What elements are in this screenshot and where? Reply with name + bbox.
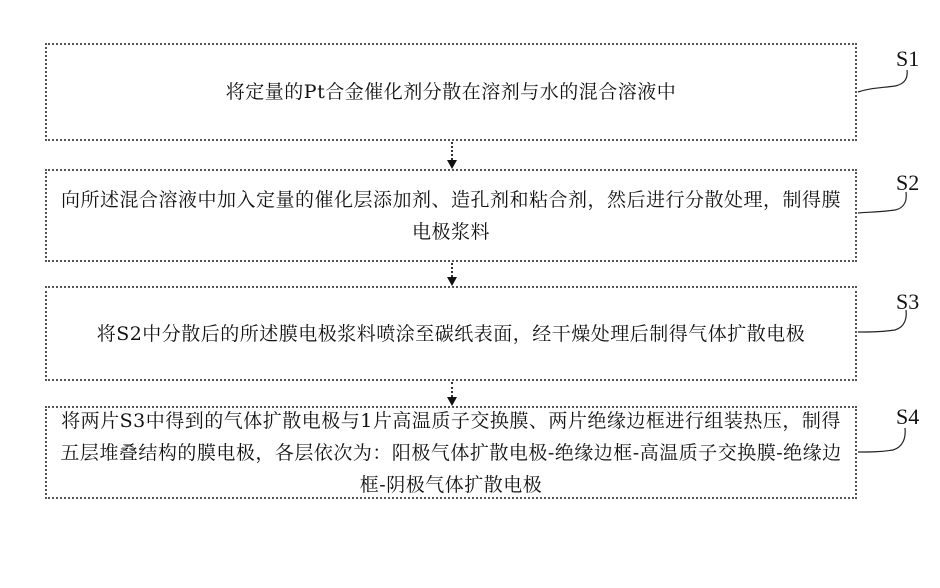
leader-line-s4: [858, 428, 905, 452]
step-box-s2: 向所述混合溶液中加入定量的催化层添加剂、造孔剂和粘合剂，然后进行分散处理，制得膜…: [45, 169, 857, 262]
step-text-s1: 将定量的Pt合金催化剂分散在溶剂与水的混合溶液中: [57, 76, 845, 108]
step-box-s1: 将定量的Pt合金催化剂分散在溶剂与水的混合溶液中: [45, 43, 857, 141]
step-label-s3: S3: [896, 289, 919, 315]
step-label-s4: S4: [896, 404, 919, 430]
arrow-shaft: [451, 263, 453, 277]
arrow-s3-to-s4: [447, 382, 457, 406]
arrow-shaft: [451, 142, 453, 160]
arrow-down-icon: [447, 277, 457, 286]
step-label-s2: S2: [896, 170, 919, 196]
arrow-s1-to-s2: [447, 142, 457, 169]
step-text-s2: 向所述混合溶液中加入定量的催化层添加剂、造孔剂和粘合剂，然后进行分散处理，制得膜…: [57, 184, 845, 248]
step-box-s4: 将两片S3中得到的气体扩散电极与1片高温质子交换膜、两片绝缘边框进行组装热压，制…: [45, 406, 857, 499]
arrow-down-icon: [447, 160, 457, 169]
step-text-s4: 将两片S3中得到的气体扩散电极与1片高温质子交换膜、两片绝缘边框进行组装热压，制…: [57, 405, 845, 501]
leader-line-s1: [858, 70, 907, 92]
step-label-s1: S1: [896, 46, 919, 72]
arrow-shaft: [451, 382, 453, 397]
step-box-s3: 将S2中分散后的所述膜电极浆料喷涂至碳纸表面，经干燥处理后制得气体扩散电极: [45, 286, 857, 381]
step-text-s3: 将S2中分散后的所述膜电极浆料喷涂至碳纸表面，经干燥处理后制得气体扩散电极: [57, 318, 845, 350]
arrow-s2-to-s3: [447, 263, 457, 286]
